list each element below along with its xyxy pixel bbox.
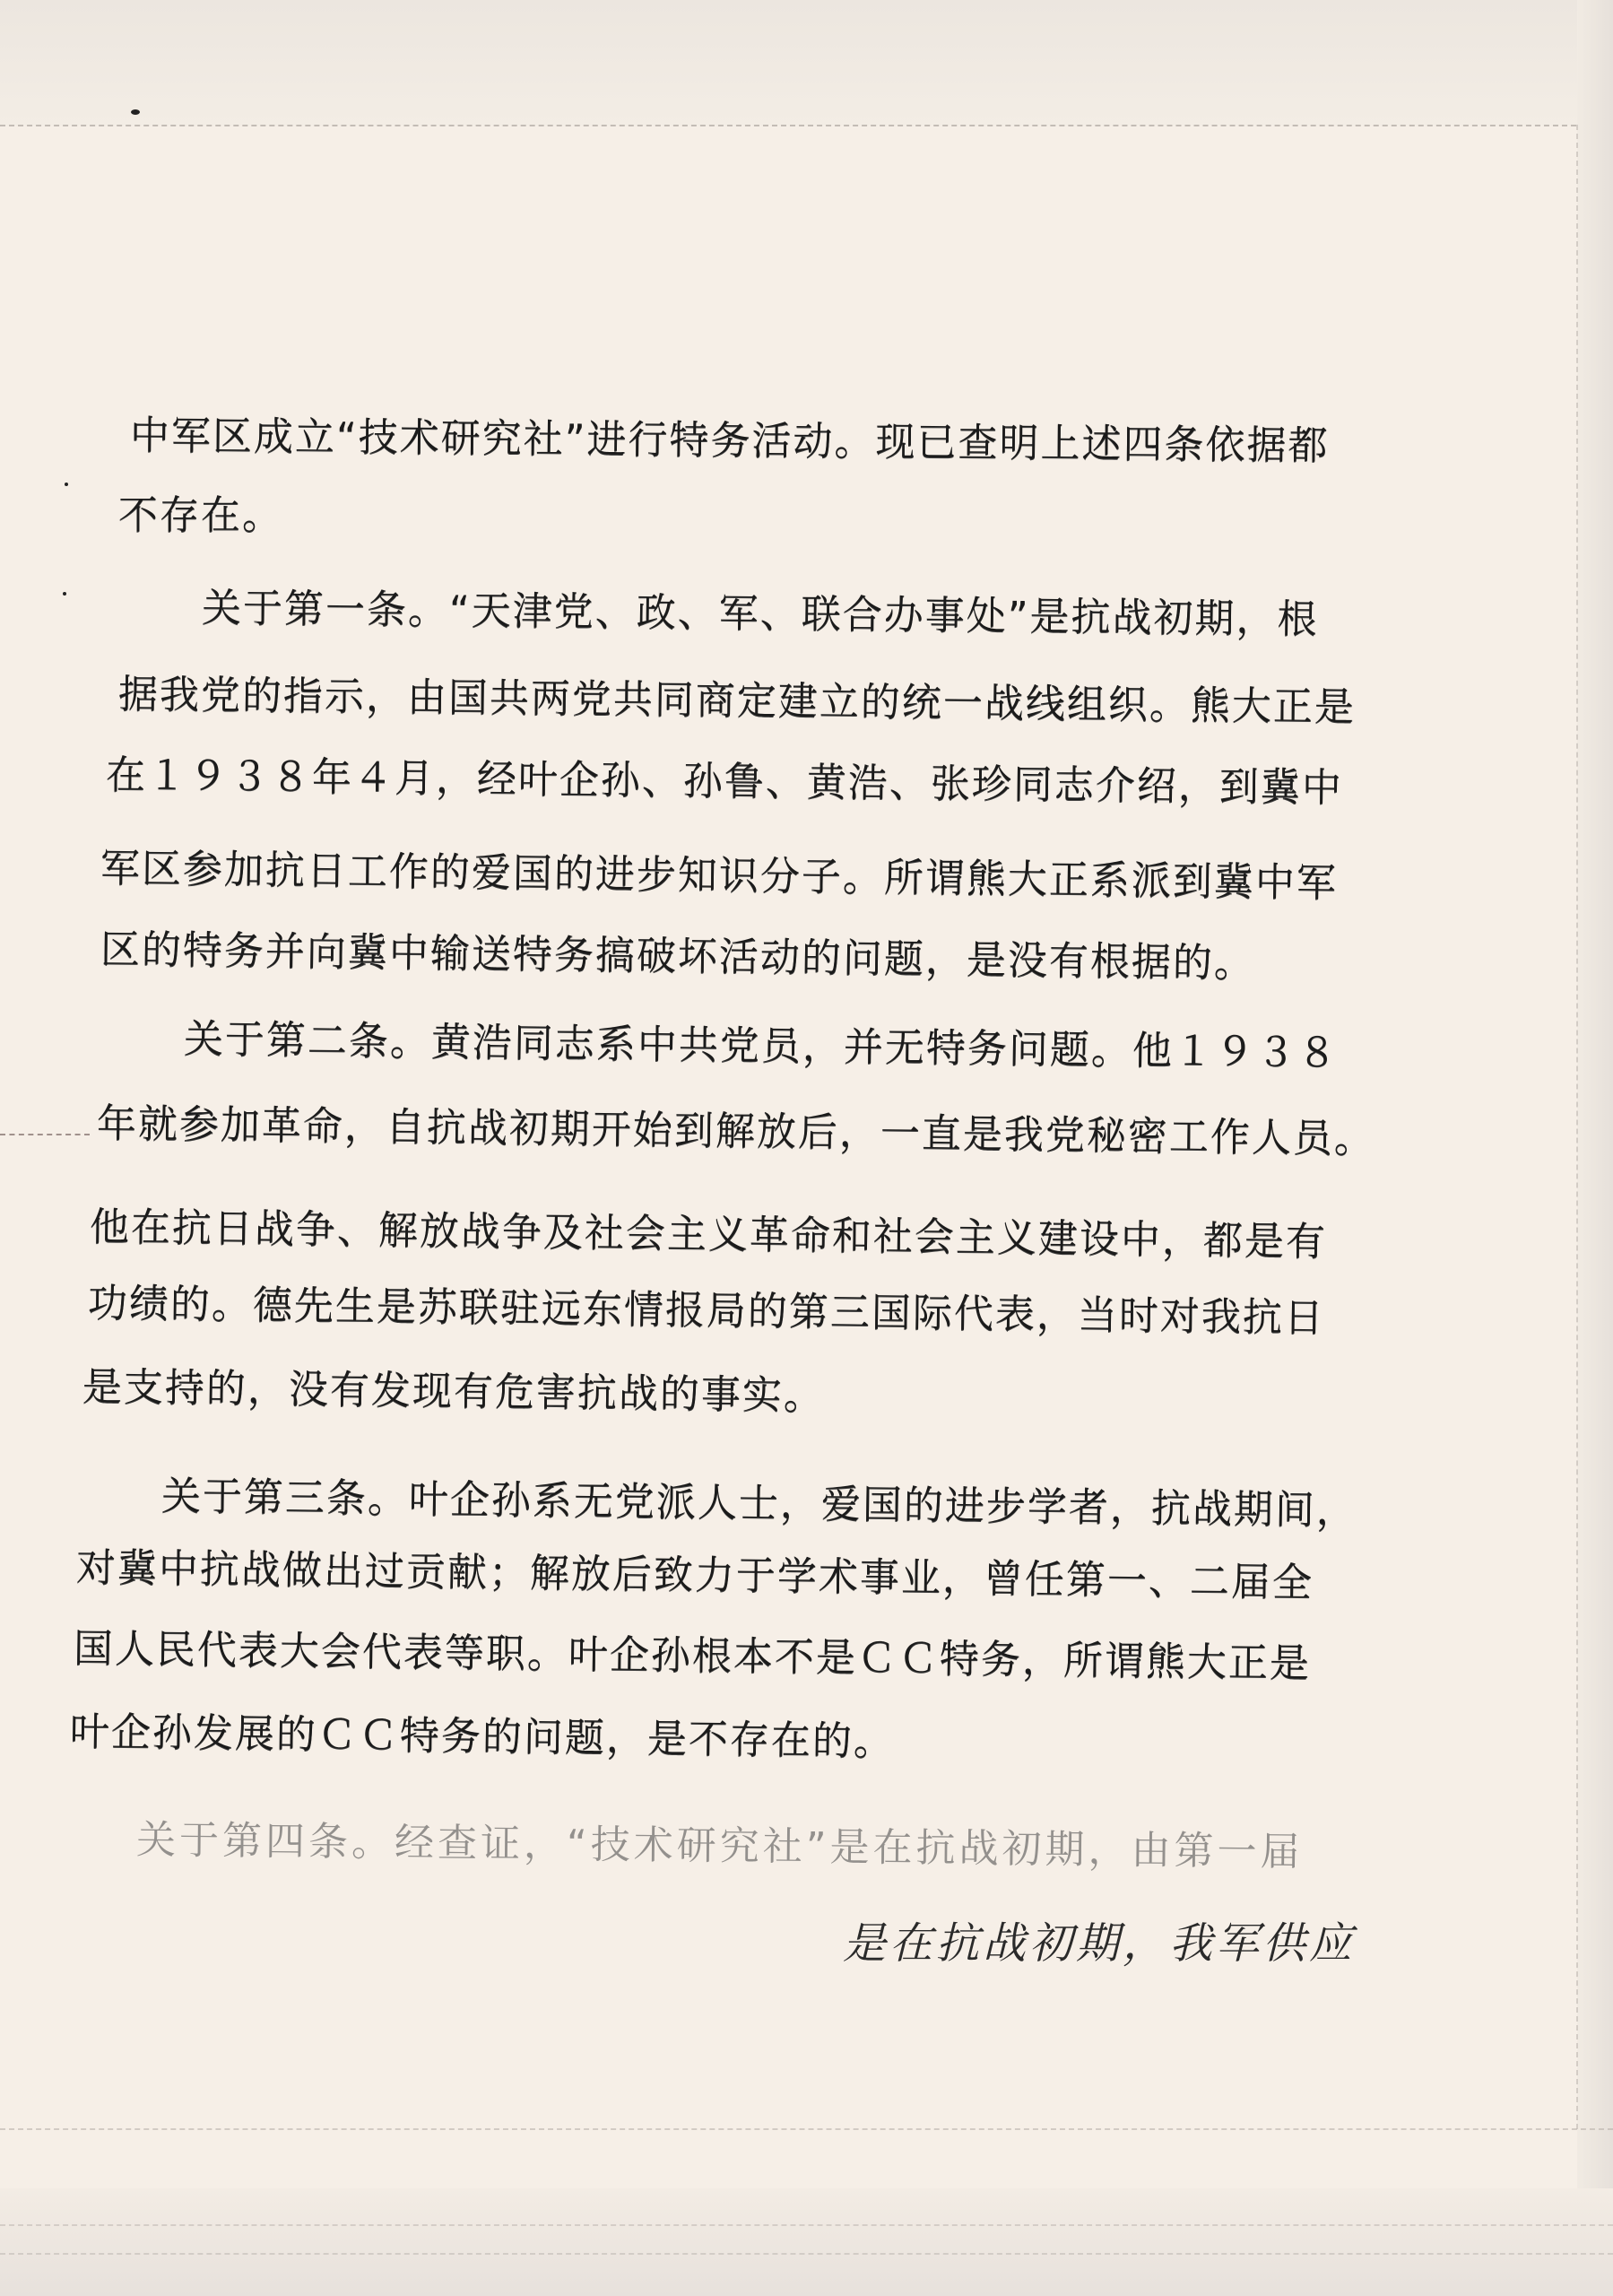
page-edge-bottom [0,2128,1613,2130]
faint-text-line: 关于第四条。经查证，“技术研究社”是在抗战初期，由第一届 [136,1807,1304,1877]
text-line: 年就参加革命，自抗战初期开始到解放后，一直是我党秘密工作人员。 [97,1091,1376,1163]
text-line: 他在抗日战争、解放战争及社会主义革命和社会主义建设中，都是有 [90,1195,1328,1267]
handwritten-note: 是在抗战初期，我军供应 [843,1909,1356,1970]
text-line: 在１９３８年４月，经叶企孙、孙鲁、黄浩、张珍同志介绍，到冀中 [106,743,1344,813]
text-line: 军区参加抗日工作的爱国的进步知识分子。所谓熊大正系派到冀中军 [100,836,1339,909]
scan-shadow-right [1577,0,1613,2296]
scan-shadow-top [0,0,1613,126]
ink-speck [131,109,140,115]
page-edge-right [1576,125,1578,2129]
text-line: 中军区成立“技术研究社”进行特务活动。现已查明上述四条依据都 [130,403,1330,471]
text-line: 功绩的。德先生是苏联驻远东情报局的第三国际代表，当时对我抗日 [88,1271,1326,1344]
page-edge-top [0,125,1576,126]
text-line: 关于第一条。“天津党、政、军、联合办事处”是抗战初期，根 [202,575,1319,644]
ink-speck [63,592,66,596]
text-line: 不存在。 [118,483,283,540]
text-line: 对冀中抗战做出过贡献；解放后致力于学术事业，曾任第一、二届全 [76,1535,1314,1608]
text-line: 关于第三条。叶企孙系无党派人士，爱国的进步学者，抗战期间， [161,1464,1358,1535]
text-line: 关于第二条。黄浩同志系中共党员，并无特务问题。他１９３８ [184,1006,1340,1078]
text-line: 据我党的指示，由国共两党共同商定建立的统一战线组织。熊大正是 [118,662,1357,732]
text-line: 国人民代表大会代表等职。叶企孙根本不是ＣＣ特务，所谓熊大正是 [74,1616,1312,1689]
scan-artifact-lines [0,2224,1613,2255]
text-line: 叶企孙发展的ＣＣ特务的问题，是不存在的。 [70,1699,896,1766]
margin-mark [0,1134,90,1135]
text-line: 是支持的，没有发现有危害抗战的事实。 [82,1354,826,1421]
ink-speck [65,483,68,486]
text-line: 区的特务并向冀中输送特务搞破坏活动的问题，是没有根据的。 [100,917,1256,988]
